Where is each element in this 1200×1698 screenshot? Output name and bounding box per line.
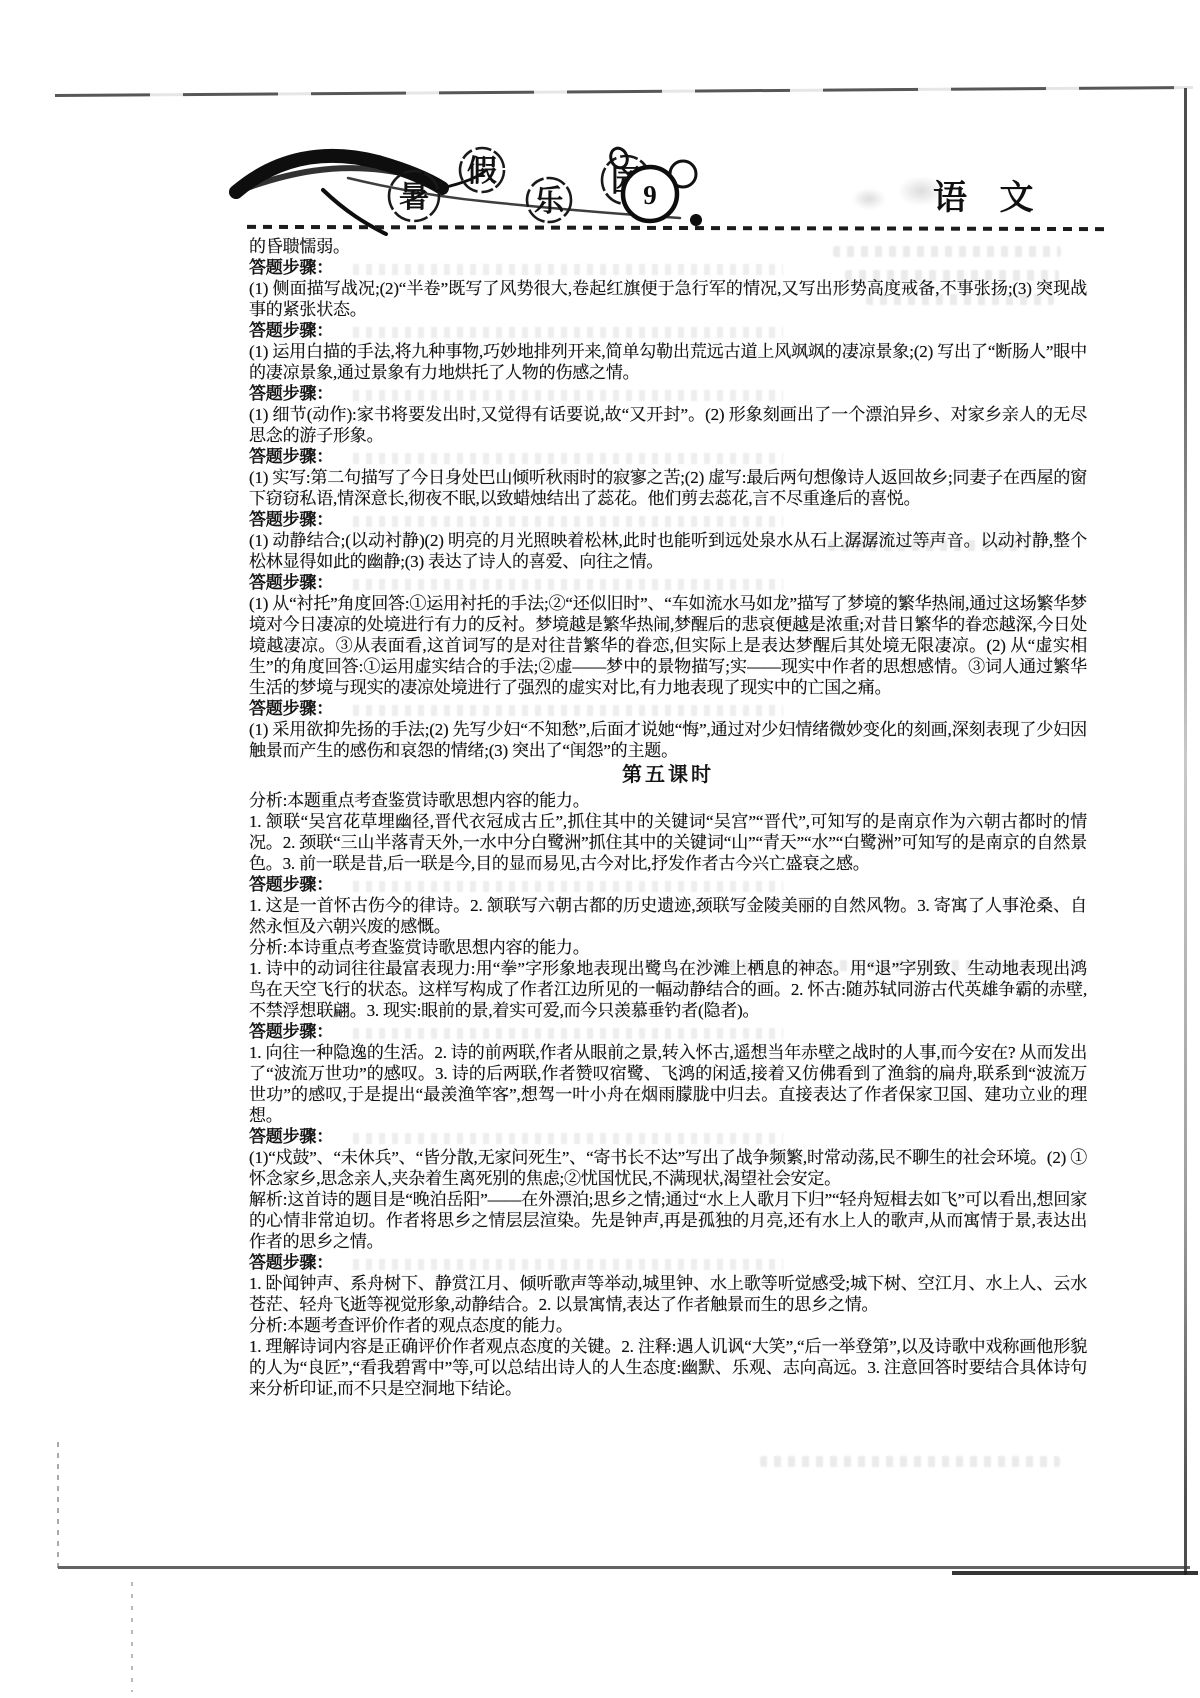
subject-title: 语 文 [933,170,1083,219]
answer-steps-label: 答题步骤： [249,1021,1087,1042]
logo-char-1: 暑 [399,181,429,214]
answer-steps-label: 答题步骤： [249,446,1087,467]
paragraph: (1)“戍鼓”、“未休兵”、“皆分散,无家问死生”、“寄书长不达”写出了战争频繁… [249,1147,1087,1189]
answer-steps-label: 答题步骤： [249,698,1087,719]
paragraph: (1) 运用白描的手法,将九种事物,巧妙地排列开来,简单勾勒出荒远古道上风飒飒的… [249,341,1087,383]
scan-left-perforation [57,1442,59,1568]
paragraph: 分析:本题考查评价作者的观点态度的能力。 [249,1315,1087,1336]
scan-right-edge [1184,88,1187,1575]
answer-steps-label: 答题步骤： [249,1126,1087,1147]
scan-top-edge [55,86,1193,97]
paragraph: (1) 细节(动作):家书将要发出时,又觉得有话要说,故“又开封”。(2) 形象… [249,404,1087,446]
paragraph: 分析:本诗重点考查鉴赏诗歌思想内容的能力。 [249,937,1087,958]
bleed-through-noise [760,1456,1060,1467]
paragraph: 1. 颔联“吴宫花草埋幽径,晋代衣冠成古丘”,抓住其中的关键词“吴宫”“晋代”,… [249,811,1087,874]
answer-steps-label: 答题步骤： [249,874,1087,895]
answer-steps-label: 答题步骤： [249,320,1087,341]
answer-steps-label: 答题步骤： [249,257,1087,278]
section-heading: 第五课时 [249,762,1087,789]
paragraph: 1. 向往一种隐逸的生活。2. 诗的前两联,作者从眼前之景,转入怀古,遥想当年赤… [249,1042,1087,1126]
answer-steps-label: 答题步骤： [249,383,1087,404]
answer-steps-label: 答题步骤： [249,1252,1087,1273]
paragraph: 分析:本题重点考查鉴赏诗歌思想内容的能力。 [249,790,1087,811]
scan-smudge [852,188,886,210]
page-number: 9 [643,180,657,210]
paragraph: (1) 实写:第二句描写了今日身处巴山倾听秋雨时的寂寥之苦;(2) 虚写:最后两… [249,467,1087,509]
logo-char-3: 乐 [534,185,565,218]
page-number-badge: 9 [588,142,710,238]
paragraph: 1. 卧闻钟声、系舟树下、静赏江月、倾听歌声等举动,城里钟、水上歌等听觉感受;城… [249,1273,1087,1315]
paragraph: (1) 侧面描写战况;(2)“半卷”既写了风势很大,卷起红旗便于急行军的情况,又… [249,278,1087,320]
scan-left-perforation-lower [131,1582,133,1692]
scan-bottom-edge [58,1566,1190,1569]
document-body: 的昏聩懦弱。答题步骤：(1) 侧面描写战况;(2)“半卷”既写了风势很大,卷起红… [249,236,1087,1399]
paragraph: (1) 采用欲抑先扬的手法;(2) 先写少妇“不知愁”,后面才说她“悔”,通过对… [249,719,1087,761]
paragraph: 1. 这是一首怀古伤今的律诗。2. 颔联写六朝古都的历史遗迹,颈联写金陵美丽的自… [249,895,1087,937]
scanned-page: { "header": { "logo_chars": ["暑", "假", "… [0,0,1200,1698]
paragraph: (1) 从“衬托”角度回答:①运用衬托的手法;②“还似旧时”、“车如流水马如龙”… [249,593,1087,698]
scan-bottom-edge-heavy [952,1571,1198,1575]
answer-steps-label: 答题步骤： [249,572,1087,593]
answer-steps-label: 答题步骤： [249,509,1087,530]
paragraph: (1) 动静结合;(以动衬静)(2) 明亮的月光照映着松林,此时也能听到远处泉水… [249,530,1087,572]
paragraph: 1. 理解诗词内容是正确评价作者观点态度的关键。2. 注释:遇人讥讽“大笑”,“… [249,1336,1087,1399]
logo-char-2: 假 [467,155,497,188]
paragraph: 1. 诗中的动词往往最富表现力:用“拳”字形象地表现出鹭鸟在沙滩上栖息的神态。用… [249,958,1087,1021]
paragraph: 的昏聩懦弱。 [249,236,1087,257]
paragraph: 解析:这首诗的题目是“晚泊岳阳”——在外漂泊;思乡之情;通过“水上人歌月下归”“… [249,1189,1087,1252]
